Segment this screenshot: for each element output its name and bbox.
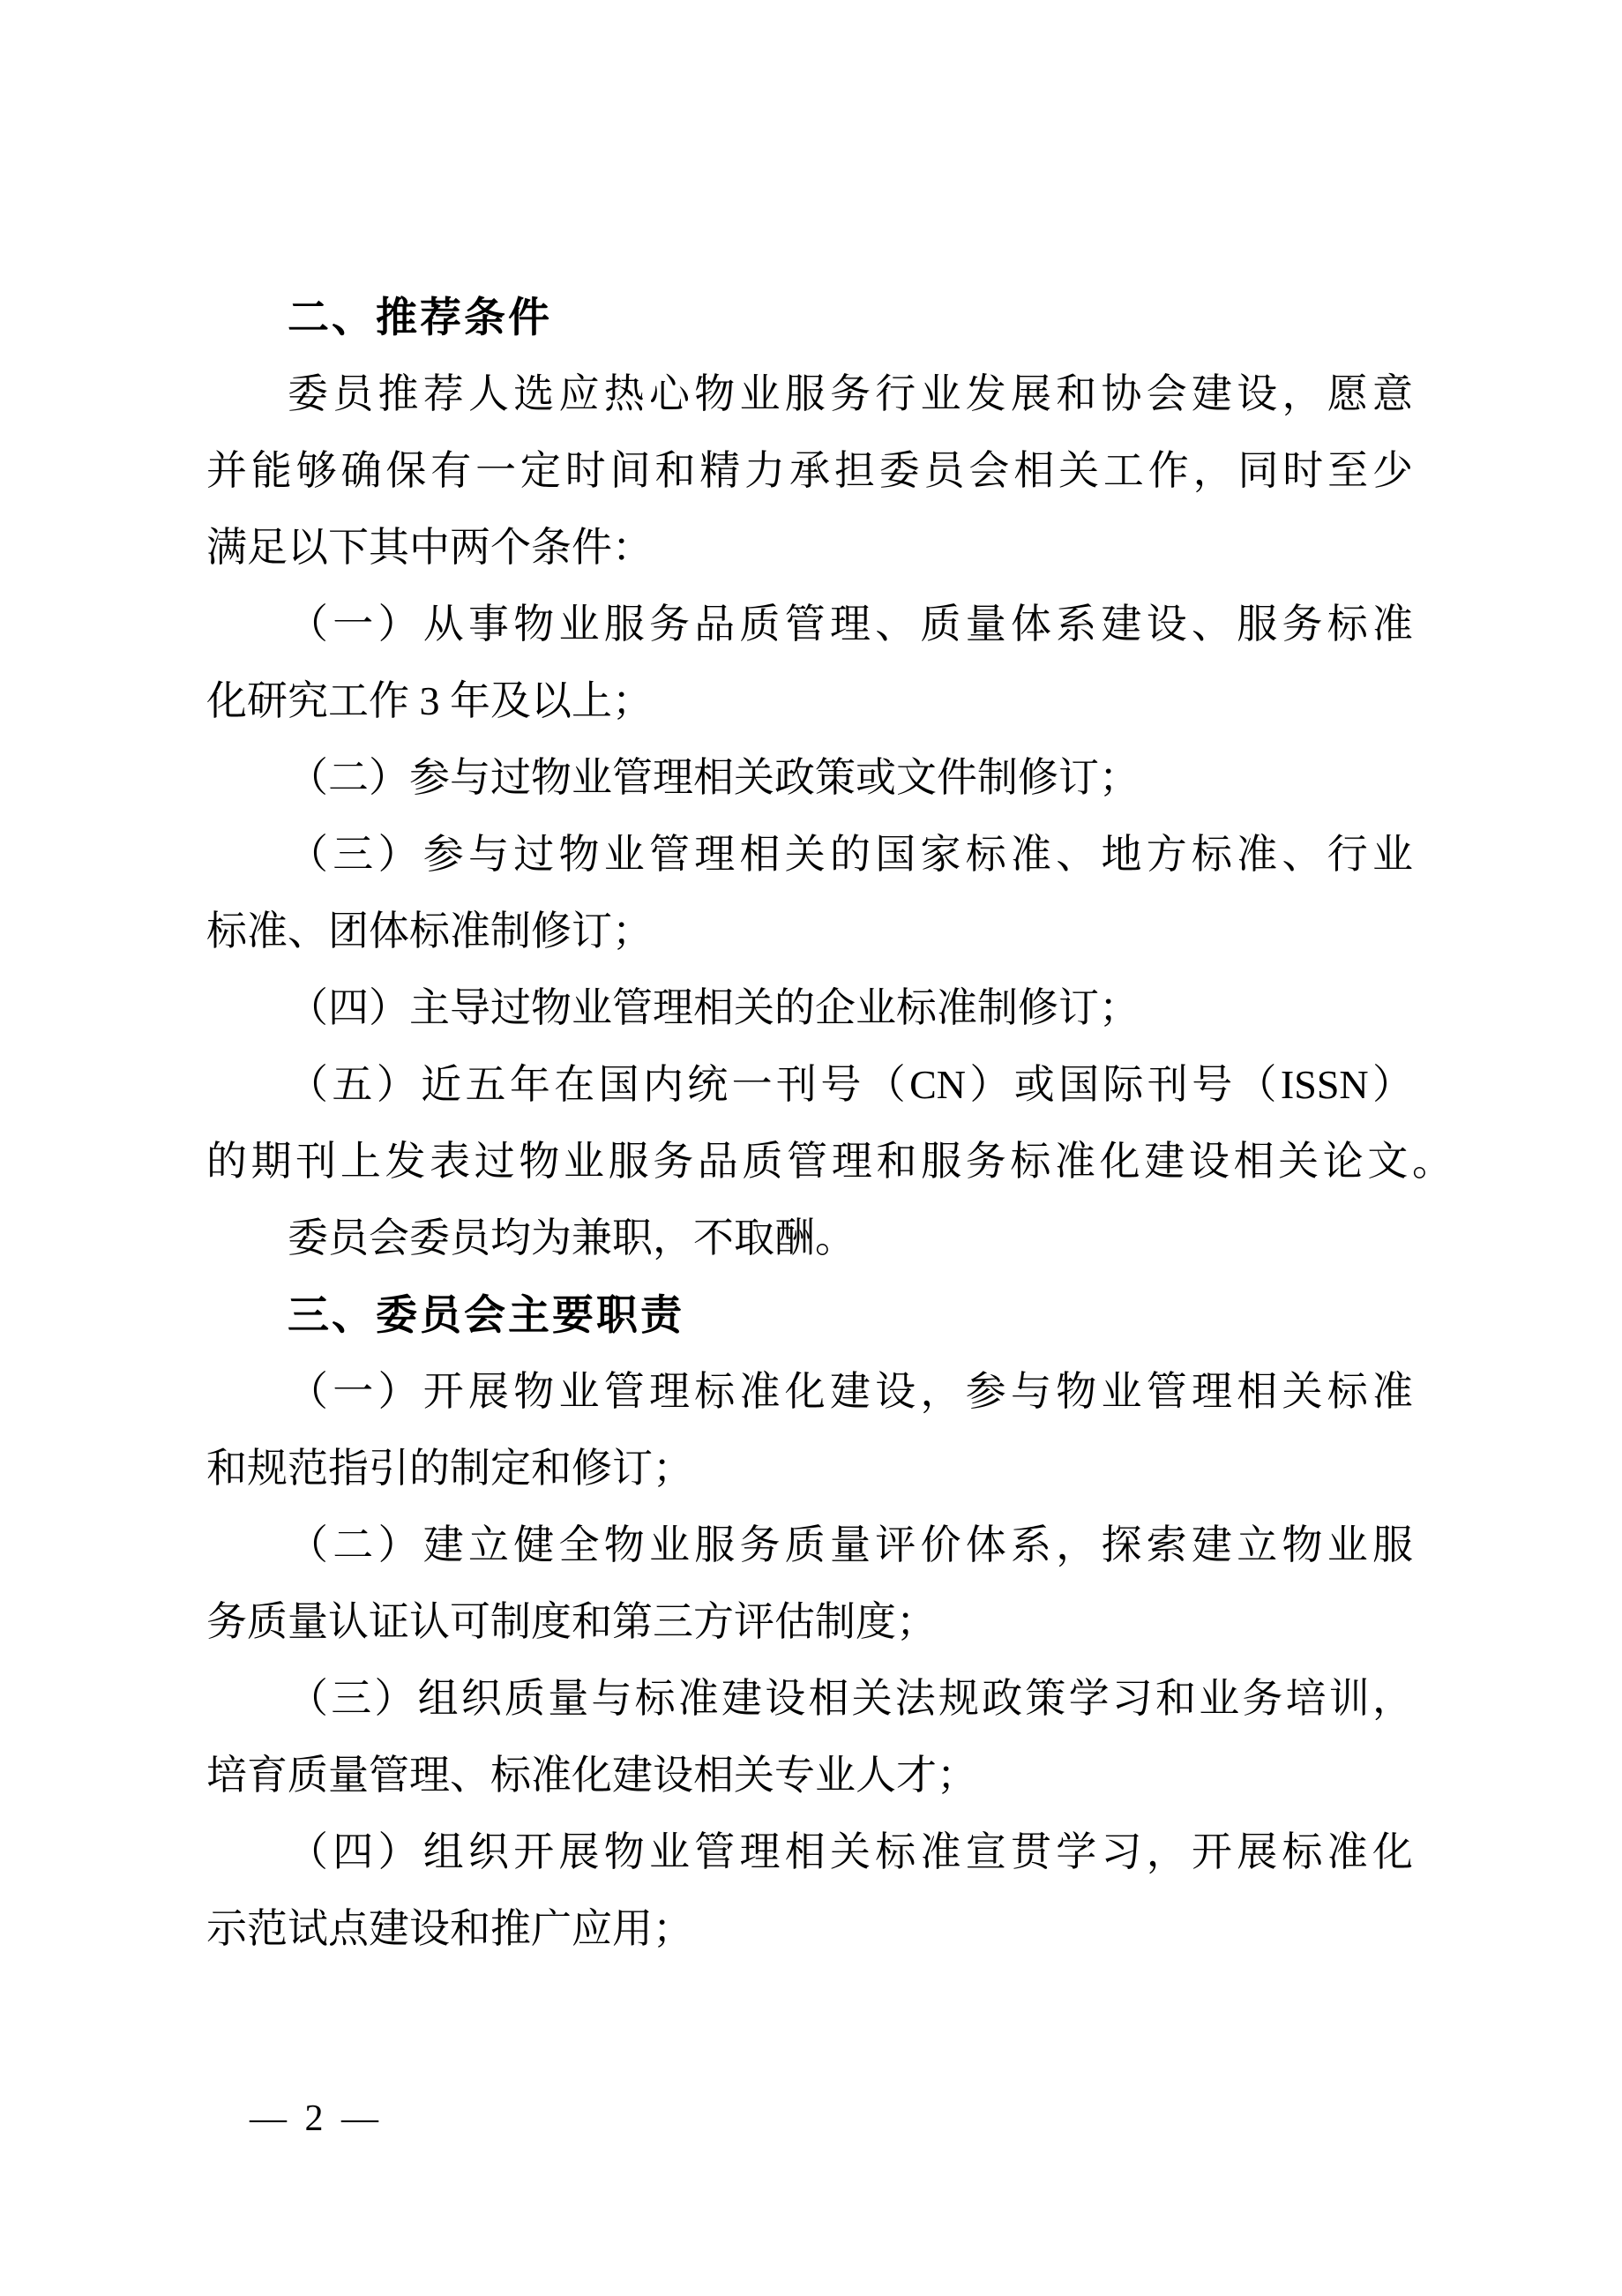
heading-committee-duties: 三、委员会主要职责 [206, 1276, 1413, 1353]
text-line: （一）开展物业管理标准化建设，参与物业管理相关标准 [206, 1353, 1413, 1430]
text-line: 并能够确保有一定时间和精力承担委员会相关工作，同时至少 [206, 432, 1413, 509]
text-line: 务质量认证认可制度和第三方评估制度； [206, 1583, 1413, 1660]
text-line: 委员会委员均为兼职，不取酬。 [206, 1200, 1413, 1276]
document-body: 二、推荐条件 委员推荐人选应热心物业服务行业发展和协会建设，愿意 并能够确保有一… [206, 279, 1413, 1967]
text-line: （一）从事物业服务品质管理、质量体系建设、服务标准 [206, 586, 1413, 662]
text-line: 的期刊上发表过物业服务品质管理和服务标准化建设相关论文。 [206, 1123, 1453, 1200]
text-line: 标准、团体标准制修订； [206, 893, 1413, 969]
text-line: 培育质量管理、标准化建设相关专业人才； [206, 1737, 1413, 1814]
text-line: （二）参与过物业管理相关政策或文件制修订； [206, 739, 1413, 816]
text-line: 委员推荐人选应热心物业服务行业发展和协会建设，愿意 [206, 355, 1413, 432]
text-line: 满足以下其中两个条件： [206, 509, 1413, 586]
document-page: 二、推荐条件 委员推荐人选应热心物业服务行业发展和协会建设，愿意 并能够确保有一… [0, 0, 1622, 2296]
text-line: 和规范指引的制定和修订； [206, 1430, 1413, 1507]
text-line: （四）主导过物业管理相关的企业标准制修订； [206, 969, 1413, 1046]
text-line: （四）组织开展物业管理相关标准宣贯学习，开展标准化 [206, 1814, 1413, 1890]
text-line: （二）建立健全物业服务质量评价体系，探索建立物业服 [206, 1507, 1413, 1583]
text-line: 化研究工作 3 年及以上； [206, 662, 1413, 739]
heading-recommendation-conditions: 二、推荐条件 [206, 279, 1413, 355]
text-line: （五）近五年在国内统一刊号（CN）或国际刊号（ISSN） [206, 1046, 1413, 1123]
page-footer: — 2 — [250, 2098, 378, 2140]
text-line: 示范试点建设和推广应用； [206, 1890, 1413, 1967]
text-line: （三）组织质量与标准建设相关法规政策学习和业务培训， [206, 1660, 1413, 1737]
text-line: （三）参与过物业管理相关的国家标准、地方标准、行业 [206, 816, 1413, 893]
